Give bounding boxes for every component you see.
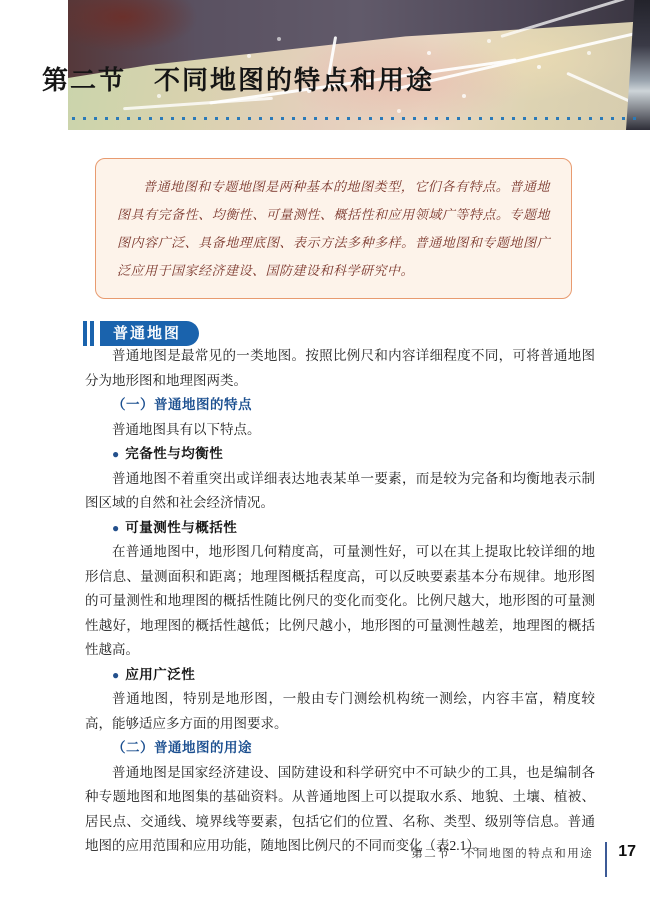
sub-heading: （一）普通地图的特点 bbox=[85, 393, 595, 418]
bullet-item: ●可量测性与概括性 bbox=[85, 516, 595, 541]
bullet-title: 可量测性与概括性 bbox=[125, 520, 237, 535]
bullet-item: ●应用广泛性 bbox=[85, 663, 595, 688]
paragraph: 普通地图，特别是地形图，一般由专门测绘机构统一测绘，内容丰富，精度较高，能够适应… bbox=[85, 687, 595, 736]
sub-heading: （二）普通地图的用途 bbox=[85, 736, 595, 761]
footer-divider bbox=[605, 842, 607, 877]
photo-corner-shade bbox=[68, 0, 198, 52]
bullet-dot-icon: ● bbox=[112, 447, 119, 461]
intro-summary-text: 普通地图和专题地图是两种基本的地图类型，它们各有特点。普通地图具有完备性、均衡性… bbox=[117, 173, 550, 285]
footer-section-label: 第二节 不同地图的特点和用途 bbox=[411, 842, 593, 861]
section-header: 普通地图 bbox=[83, 321, 199, 346]
bullet-item: ●完备性与均衡性 bbox=[85, 442, 595, 467]
section-blocks: 普通地图是最常见的一类地图。按照比例尺和内容详细程度不同，可将普通地图分为地形图… bbox=[85, 344, 595, 859]
paragraph: 普通地图是最常见的一类地图。按照比例尺和内容详细程度不同，可将普通地图分为地形图… bbox=[85, 344, 595, 393]
paragraph: 普通地图具有以下特点。 bbox=[85, 418, 595, 443]
bullet-dot-icon: ● bbox=[112, 521, 119, 535]
footer: 第二节 不同地图的特点和用途 17 bbox=[411, 842, 636, 877]
dotted-divider bbox=[72, 117, 640, 120]
paragraph: 在普通地图中，地形图几何精度高，可量测性好，可以在其上提取比较详细的地形信息、量… bbox=[85, 540, 595, 663]
map-road-line bbox=[123, 97, 273, 110]
bullet-title: 应用广泛性 bbox=[125, 667, 195, 682]
bullet-title: 完备性与均衡性 bbox=[125, 446, 223, 461]
map-pin-specks bbox=[68, 0, 70, 2]
paragraph: 普通地图不着重突出或详细表达地表某单一要素，而是较为完备和均衡地表示制图区域的自… bbox=[85, 467, 595, 516]
badge-bar-icon bbox=[90, 321, 94, 346]
intro-summary-box: 普通地图和专题地图是两种基本的地图类型，它们各有特点。普通地图具有完备性、均衡性… bbox=[95, 158, 572, 299]
chapter-title: 第二节 不同地图的特点和用途 bbox=[42, 60, 434, 97]
section-badge: 普通地图 bbox=[100, 321, 199, 346]
badge-bar-icon bbox=[83, 321, 87, 346]
page-number: 17 bbox=[618, 842, 636, 861]
textbook-page: 第二节 不同地图的特点和用途 普通地图和专题地图是两种基本的地图类型，它们各有特… bbox=[0, 0, 650, 918]
bullet-dot-icon: ● bbox=[112, 668, 119, 682]
